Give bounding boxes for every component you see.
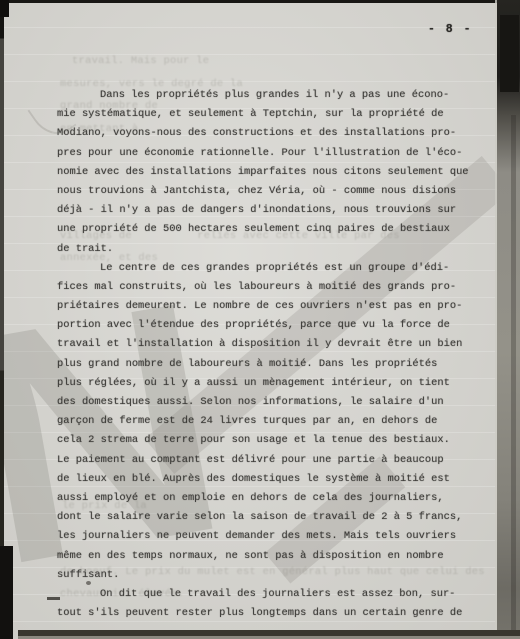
text-line: des domestiques aussi. Selon nos informa… xyxy=(57,393,481,412)
text-line: de lieux en blé. Auprès des domestiques … xyxy=(57,470,481,489)
ink-dot-mark xyxy=(86,581,91,585)
text-line: de trait. xyxy=(57,240,481,259)
text-line: même en des temps normaux, ne sont pas à… xyxy=(57,547,481,566)
text-line: aussi employé et on emploie en dehors de… xyxy=(57,489,481,508)
scan-block-top-right xyxy=(500,15,519,92)
page-number: - 8 - xyxy=(428,23,473,36)
text-line: plus grand nombre de laboureurs à moitié… xyxy=(57,355,481,374)
text-line: fices mal construits, où les laboureurs … xyxy=(57,278,481,297)
scan-edge-bottom xyxy=(18,630,520,636)
typewritten-text-block: Dans les propriétés plus grandes il n'y … xyxy=(57,86,481,623)
text-line: dont le salaire varie selon la saison de… xyxy=(57,508,481,527)
text-line: déjà - il n'y a pas de dangers d'inondat… xyxy=(57,201,481,220)
ink-dash-mark xyxy=(47,597,60,600)
text-line: suffisant. xyxy=(57,566,481,585)
scan-edge-right xyxy=(497,0,520,639)
text-line: priétaires demeurent. Le nombre de ces o… xyxy=(57,297,481,316)
scan-block-bottom-left xyxy=(0,546,13,639)
bleedthrough-line: travail. Mais pour le xyxy=(72,55,209,67)
text-line: pres pour une économie rationnelle. Pour… xyxy=(57,144,481,163)
scan-edge-top xyxy=(0,0,520,3)
text-line: Le centre de ces grandes propriétés est … xyxy=(57,259,481,278)
text-line: Dans les propriétés plus grandes il n'y … xyxy=(57,86,481,105)
text-line: nous trouvions à Jantchista, chez Véria,… xyxy=(57,182,481,201)
text-line: une propriété de 500 hectares seulement … xyxy=(57,220,481,239)
text-line: cela 2 strema de terre pour son usage et… xyxy=(57,431,481,450)
text-line: Modiano, voyons-nous des constructions e… xyxy=(57,124,481,143)
text-line: Le paiement au comptant est délivré pour… xyxy=(57,451,481,470)
text-line: nomie avec des installations imparfaites… xyxy=(57,163,481,182)
text-line: mie systématique, et seulement à Teptchi… xyxy=(57,105,481,124)
document-page: N travail. Mais pour lemesures, vers le … xyxy=(0,0,520,639)
text-line: travail et l'installation à disposition … xyxy=(57,335,481,354)
text-line: portion avec l'étendue des propriétés, p… xyxy=(57,316,481,335)
text-line: les journaliers ne peuvent demander des … xyxy=(57,527,481,546)
text-line: garçon de ferme est de 24 livres turques… xyxy=(57,412,481,431)
scan-edge-left xyxy=(0,0,4,639)
text-line: On dit que le travail des journaliers es… xyxy=(57,585,481,604)
text-line: tout s'ils peuvent rester plus longtemps… xyxy=(57,604,481,623)
text-line: plus réglées, où il y a aussi un mènagem… xyxy=(57,374,481,393)
scan-corner-top-left xyxy=(0,0,9,17)
